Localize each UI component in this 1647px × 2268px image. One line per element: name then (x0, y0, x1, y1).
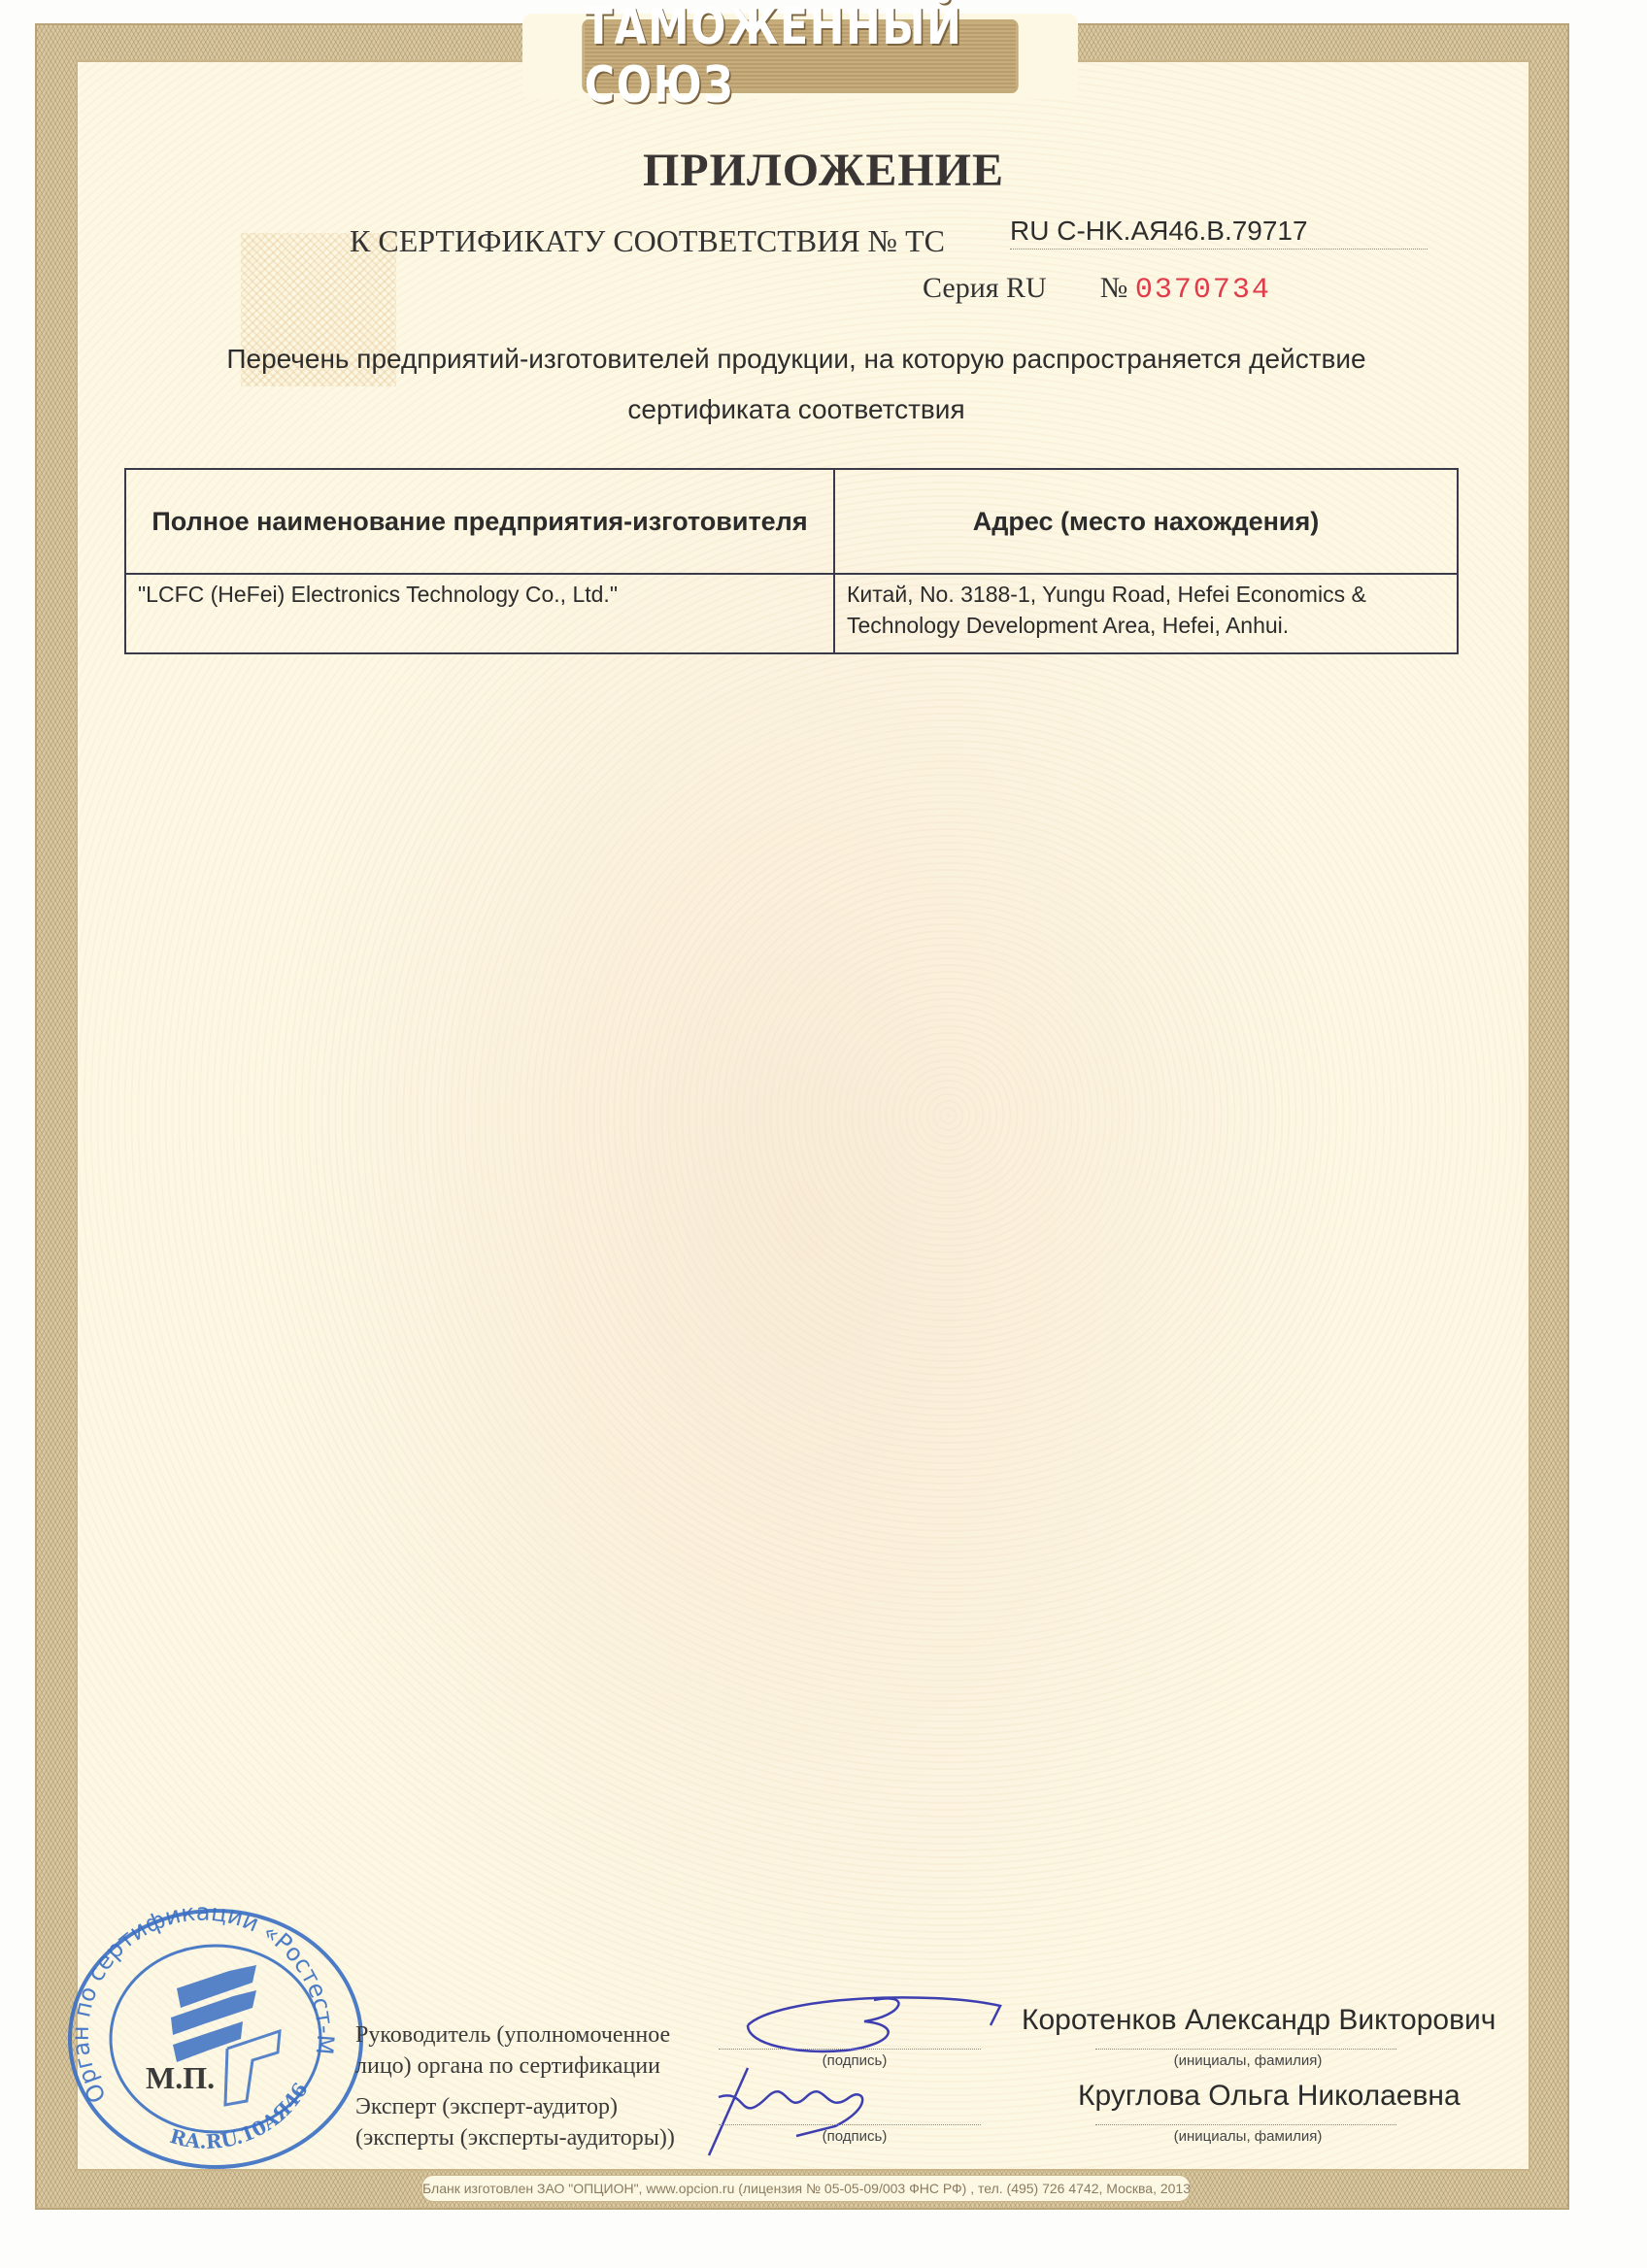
expert-name-caption: (инициалы, фамилия) (1107, 2128, 1389, 2145)
head-name-line (1095, 2049, 1396, 2050)
series-value: RU (1006, 272, 1047, 304)
expert-signature (680, 2058, 893, 2165)
head-name: Коротенков Александр Викторович (1022, 2004, 1496, 2037)
table-header-row: Полное наименование предприятия-изготови… (125, 469, 1458, 574)
manufacturer-address: Китай, No. 3188-1, Yungu Road, Hefei Eco… (834, 574, 1458, 653)
customs-union-banner: ТАМОЖЕННЫЙ СОЮЗ (522, 14, 1078, 99)
expert-role-line-2: (эксперты (эксперты-аудиторы)) (355, 2122, 675, 2153)
expert-name-line (1095, 2124, 1396, 2125)
certification-stamp: Орган по сертификации «Ростест-Москва» R… (62, 1903, 371, 2175)
intro-line-2: сертификата соответствия (146, 394, 1447, 425)
head-role-label: Руководитель (уполномоченное лицо) орган… (355, 2019, 670, 2082)
expert-signature-line (719, 2124, 981, 2125)
customs-union-title: ТАМОЖЕННЫЙ СОЮЗ (582, 19, 1018, 93)
expert-name: Круглова Ольга Николаевна (1078, 2080, 1461, 2113)
certificate-number: RU C-HK.AЯ46.B.79717 (1010, 216, 1428, 250)
expert-signature-caption: (подпись) (796, 2128, 913, 2145)
form-number: 0370734 (1135, 274, 1271, 307)
head-signature-line (719, 2049, 981, 2050)
series-label: Серия (923, 272, 999, 304)
head-role-line-1: Руководитель (уполномоченное (355, 2019, 670, 2051)
certificate-label: К СЕРТИФИКАТУ СООТВЕТСТВИЯ № ТС (350, 223, 945, 259)
column-header-name: Полное наименование предприятия-изготови… (125, 469, 834, 574)
table-row: "LCFC (HeFei) Electronics Technology Co.… (125, 574, 1458, 653)
number-sign: № (1100, 272, 1128, 304)
manufacturer-name: "LCFC (HeFei) Electronics Technology Co.… (125, 574, 834, 653)
head-name-caption: (инициалы, фамилия) (1107, 2052, 1389, 2069)
seal-mark: М.П. (146, 2060, 215, 2096)
expert-role-line-1: Эксперт (эксперт-аудитор) (355, 2091, 675, 2122)
column-header-address: Адрес (место нахождения) (834, 469, 1458, 574)
intro-line-1: Перечень предприятий-изготовителей проду… (146, 344, 1447, 375)
certificate-paper (78, 62, 1529, 2169)
page-title: ПРИЛОЖЕНИЕ (0, 144, 1647, 197)
manufacturers-table: Полное наименование предприятия-изготови… (124, 468, 1459, 654)
series-line: Серия RU № 0370734 (923, 272, 1271, 307)
printer-imprint: Бланк изготовлен ЗАО "ОПЦИОН", www.opcio… (421, 2175, 1191, 2202)
head-role-line-2: лицо) органа по сертификации (355, 2051, 670, 2082)
expert-role-label: Эксперт (эксперт-аудитор) (эксперты (экс… (355, 2091, 675, 2153)
